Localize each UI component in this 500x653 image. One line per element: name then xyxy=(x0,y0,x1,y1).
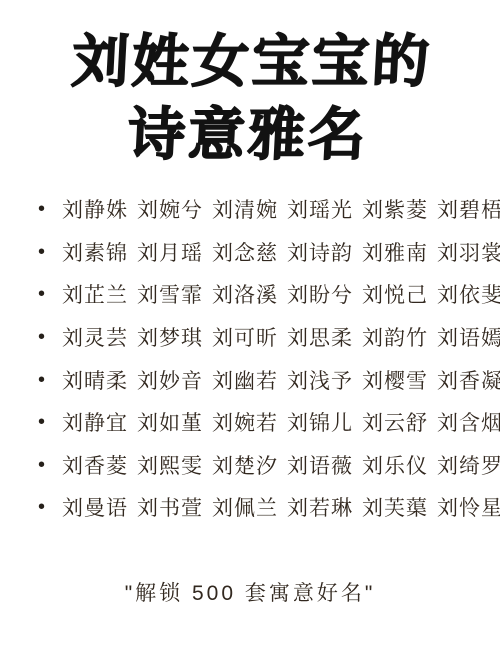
name-item: 刘雅南 xyxy=(362,237,428,267)
bullet-icon: • xyxy=(38,455,62,475)
name-item: 刘静宜 xyxy=(62,407,128,437)
name-item: 刘锦儿 xyxy=(287,407,353,437)
name-item: 刘碧梧 xyxy=(437,194,500,224)
bullet-icon: • xyxy=(38,199,62,219)
name-item: 刘熙雯 xyxy=(137,450,203,480)
name-item: 刘含烟 xyxy=(437,407,500,437)
name-group: 刘灵芸刘梦琪刘可昕刘思柔刘韵竹刘语嫣 xyxy=(62,322,500,352)
name-item: 刘书萱 xyxy=(137,492,203,522)
name-item: 刘素锦 xyxy=(62,237,128,267)
name-group: 刘芷兰刘雪霏刘洛溪刘盼兮刘悦己刘依斐 xyxy=(62,279,500,309)
page-title: 刘姓女宝宝的 诗意雅名 xyxy=(0,26,500,172)
name-group: 刘静姝刘婉兮刘清婉刘瑶光刘紫菱刘碧梧 xyxy=(62,194,500,224)
name-item: 刘盼兮 xyxy=(287,279,353,309)
name-row: •刘静姝刘婉兮刘清婉刘瑶光刘紫菱刘碧梧 xyxy=(38,188,482,231)
name-item: 刘浅予 xyxy=(287,365,353,395)
name-item: 刘晴柔 xyxy=(62,365,128,395)
name-item: 刘瑶光 xyxy=(287,194,353,224)
name-group: 刘晴柔刘妙音刘幽若刘浅予刘樱雪刘香凝 xyxy=(62,365,500,395)
name-item: 刘紫菱 xyxy=(362,194,428,224)
name-item: 刘月瑶 xyxy=(137,237,203,267)
name-item: 刘妙音 xyxy=(137,365,203,395)
name-item: 刘语嫣 xyxy=(437,322,500,352)
name-item: 刘诗韵 xyxy=(287,237,353,267)
name-item: 刘依斐 xyxy=(437,279,500,309)
name-item: 刘可昕 xyxy=(212,322,278,352)
name-list: •刘静姝刘婉兮刘清婉刘瑶光刘紫菱刘碧梧•刘素锦刘月瑶刘念慈刘诗韵刘雅南刘羽裳•刘… xyxy=(0,188,500,529)
name-item: 刘芷兰 xyxy=(62,279,128,309)
name-item: 刘念慈 xyxy=(212,237,278,267)
name-group: 刘香菱刘熙雯刘楚汐刘语薇刘乐仪刘绮罗 xyxy=(62,450,500,480)
name-item: 刘悦己 xyxy=(362,279,428,309)
bullet-icon: • xyxy=(38,370,62,390)
name-item: 刘佩兰 xyxy=(212,492,278,522)
name-row: •刘素锦刘月瑶刘念慈刘诗韵刘雅南刘羽裳 xyxy=(38,231,482,274)
name-row: •刘灵芸刘梦琪刘可昕刘思柔刘韵竹刘语嫣 xyxy=(38,316,482,359)
name-row: •刘芷兰刘雪霏刘洛溪刘盼兮刘悦己刘依斐 xyxy=(38,273,482,316)
name-group: 刘曼语刘书萱刘佩兰刘若琳刘芙蕖刘怜星 xyxy=(62,492,500,522)
name-item: 刘婉若 xyxy=(212,407,278,437)
name-row: •刘曼语刘书萱刘佩兰刘若琳刘芙蕖刘怜星 xyxy=(38,486,482,529)
title-line-1: 刘姓女宝宝的 xyxy=(0,26,500,99)
name-item: 刘乐仪 xyxy=(362,450,428,480)
name-item: 刘梦琪 xyxy=(137,322,203,352)
bullet-icon: • xyxy=(38,284,62,304)
title-line-2: 诗意雅名 xyxy=(0,99,500,172)
bullet-icon: • xyxy=(38,412,62,432)
baby-names-poster: 刘姓女宝宝的 诗意雅名 •刘静姝刘婉兮刘清婉刘瑶光刘紫菱刘碧梧•刘素锦刘月瑶刘念… xyxy=(0,0,500,653)
name-item: 刘芙蕖 xyxy=(362,492,428,522)
bullet-icon: • xyxy=(38,497,62,517)
name-item: 刘韵竹 xyxy=(362,322,428,352)
name-item: 刘怜星 xyxy=(437,492,500,522)
name-row: •刘晴柔刘妙音刘幽若刘浅予刘樱雪刘香凝 xyxy=(38,358,482,401)
name-item: 刘樱雪 xyxy=(362,365,428,395)
name-row: •刘香菱刘熙雯刘楚汐刘语薇刘乐仪刘绮罗 xyxy=(38,443,482,486)
bullet-icon: • xyxy=(38,242,62,262)
name-item: 刘若琳 xyxy=(287,492,353,522)
name-item: 刘幽若 xyxy=(212,365,278,395)
footer-tagline: "解锁 500 套寓意好名" xyxy=(0,577,500,607)
name-item: 刘思柔 xyxy=(287,322,353,352)
name-item: 刘灵芸 xyxy=(62,322,128,352)
name-item: 刘羽裳 xyxy=(437,237,500,267)
name-row: •刘静宜刘如堇刘婉若刘锦儿刘云舒刘含烟 xyxy=(38,401,482,444)
name-item: 刘婉兮 xyxy=(137,194,203,224)
name-item: 刘曼语 xyxy=(62,492,128,522)
name-item: 刘洛溪 xyxy=(212,279,278,309)
name-item: 刘雪霏 xyxy=(137,279,203,309)
bullet-icon: • xyxy=(38,327,62,347)
name-item: 刘清婉 xyxy=(212,194,278,224)
name-item: 刘云舒 xyxy=(362,407,428,437)
name-group: 刘素锦刘月瑶刘念慈刘诗韵刘雅南刘羽裳 xyxy=(62,237,500,267)
name-item: 刘楚汐 xyxy=(212,450,278,480)
name-item: 刘语薇 xyxy=(287,450,353,480)
name-item: 刘如堇 xyxy=(137,407,203,437)
name-item: 刘香凝 xyxy=(437,365,500,395)
name-item: 刘香菱 xyxy=(62,450,128,480)
name-group: 刘静宜刘如堇刘婉若刘锦儿刘云舒刘含烟 xyxy=(62,407,500,437)
name-item: 刘静姝 xyxy=(62,194,128,224)
name-item: 刘绮罗 xyxy=(437,450,500,480)
